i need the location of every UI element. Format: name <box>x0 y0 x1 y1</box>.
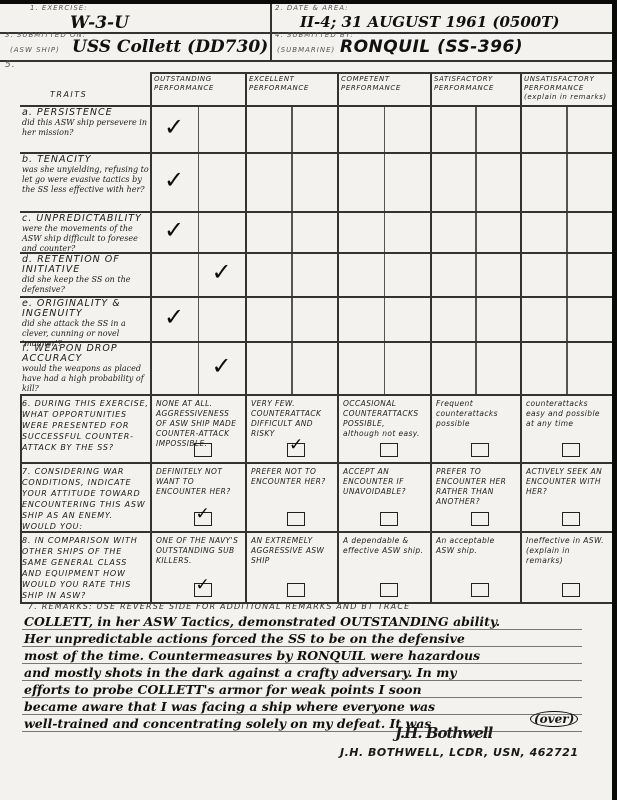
trait-question: were the movements of the ASW ship diffi… <box>22 224 150 254</box>
date-label: 2. DATE & AREA: <box>275 4 349 12</box>
option-col-line <box>430 394 432 462</box>
column-header-4: SATISFACTORY PERFORMANCE <box>434 75 516 93</box>
option-checkbox[interactable] <box>471 583 489 597</box>
option-text: counterattacks easy and possible at any … <box>526 399 606 429</box>
option-text: ONE OF THE NAVY'S OUTSTANDING SUB KILLER… <box>156 536 239 566</box>
trait-title: e. ORIGINALITY & INGENUITY <box>22 299 150 319</box>
option-checkbox[interactable] <box>562 583 580 597</box>
option-col-line <box>430 531 432 602</box>
grid-col-line <box>245 72 247 394</box>
option-col-line <box>520 462 522 531</box>
option-checkbox[interactable] <box>562 443 580 457</box>
remarks-line: Her unpredictable actions forced the SS … <box>24 631 465 646</box>
question-row-line <box>20 462 612 464</box>
option-checkbox[interactable]: ✓ <box>287 443 305 457</box>
option-col-line <box>245 394 247 462</box>
trait-title: f. WEAPON DROP ACCURACY <box>22 344 150 364</box>
submitted-on-value: USS Collett (DD730) <box>72 37 268 57</box>
exercise-label: 1. EXERCISE: <box>30 4 88 12</box>
grid-col-line <box>520 72 522 394</box>
option-col-line <box>150 531 152 602</box>
grid-subcol-line <box>475 105 477 394</box>
option-checkbox[interactable] <box>562 512 580 526</box>
option-text: NONE AT ALL. AGGRESSIVENESS OF ASW SHIP … <box>156 399 239 449</box>
option-col-line <box>245 462 247 531</box>
option-checkbox[interactable] <box>471 443 489 457</box>
question-row-line <box>20 394 612 396</box>
option-col-line <box>245 531 247 602</box>
column-header-1: OUTSTANDING PERFORMANCE <box>154 75 241 93</box>
question-text: 7. CONSIDERING WAR CONDITIONS, INDICATE … <box>22 466 150 532</box>
trait-label: c. UNPREDICTABILITYwere the movements of… <box>22 214 150 254</box>
question-text: 8. IN COMPARISON WITH OTHER SHIPS OF THE… <box>22 535 150 601</box>
evaluation-form: 1. EXERCISE: W-3-U 2. DATE & AREA: II-4;… <box>0 4 612 800</box>
traits-header: TRAITS <box>50 90 87 99</box>
grid-col-line <box>337 72 339 394</box>
option-col-line <box>337 531 339 602</box>
remarks-rule-line <box>22 663 582 664</box>
option-text: OCCASIONAL COUNTERATTACKS POSSIBLE, alth… <box>343 399 424 439</box>
option-col-line <box>520 531 522 602</box>
option-checkbox[interactable] <box>194 443 212 457</box>
check-mark-icon[interactable]: ✓ <box>164 115 184 139</box>
trait-label: d. RETENTION OF INITIATIVEdid she keep t… <box>22 255 150 295</box>
option-checkbox[interactable] <box>380 443 398 457</box>
remarks-line: efforts to probe COLLETT's armor for wea… <box>24 682 422 697</box>
exercise-value: W-3-U <box>70 13 129 33</box>
check-mark-icon: ✓ <box>196 575 210 595</box>
grid-row-line <box>20 152 612 154</box>
trait-title: d. RETENTION OF INITIATIVE <box>22 255 150 275</box>
remarks-line: COLLETT, in her ASW Tactics, demonstrate… <box>24 614 500 629</box>
option-checkbox[interactable] <box>471 512 489 526</box>
trait-question: would the weapons as placed have had a h… <box>22 364 150 394</box>
signature: J.H. Bothwell <box>395 724 492 742</box>
submitted-on-prefix: (ASW SHIP) <box>10 46 60 54</box>
remarks-line: most of the time. Countermeasures by RON… <box>24 648 480 663</box>
option-text: ACTIVELY SEEK AN ENCOUNTER WITH HER? <box>526 467 606 497</box>
submitted-by-value: RONQUIL (SS-396) <box>340 37 523 57</box>
grid-col-line <box>150 72 152 394</box>
column-header-3: COMPETENT PERFORMANCE <box>341 75 426 93</box>
option-checkbox[interactable] <box>380 583 398 597</box>
check-mark-icon[interactable]: ✓ <box>212 260 232 284</box>
grid-subcol-line <box>198 105 200 394</box>
trait-label: a. PERSISTENCEdid this ASW ship persever… <box>22 108 150 138</box>
option-text: A dependable & effective ASW ship. <box>343 536 424 556</box>
date-value: II-4; 31 AUGUST 1961 (0500T) <box>300 13 559 31</box>
over-note: (over) <box>530 711 578 727</box>
option-col-line <box>150 462 152 531</box>
option-text: VERY FEW. COUNTERATTACK DIFFICULT AND RI… <box>251 399 331 439</box>
remarks-line: well-trained and concentrating solely on… <box>24 716 431 731</box>
option-checkbox[interactable] <box>287 512 305 526</box>
header-rule-2 <box>0 60 612 62</box>
option-text: Frequent counterattacks possible <box>436 399 514 429</box>
option-checkbox[interactable]: ✓ <box>194 512 212 526</box>
grid-subcol-line <box>566 105 568 394</box>
remarks-line: and mostly shots in the dark against a c… <box>24 665 457 680</box>
trait-label: b. TENACITYwas she unyielding, refusing … <box>22 155 150 195</box>
check-mark-icon[interactable]: ✓ <box>164 218 184 242</box>
option-text: Ineffective in ASW. (explain in remarks) <box>526 536 606 566</box>
option-col-line <box>337 394 339 462</box>
option-col-line <box>150 394 152 462</box>
remarks-rule-line <box>22 646 582 647</box>
option-checkbox[interactable] <box>287 583 305 597</box>
option-text: ACCEPT AN ENCOUNTER IF UNAVOIDABLE? <box>343 467 424 497</box>
option-text: An acceptable ASW ship. <box>436 536 514 556</box>
check-mark-icon: ✓ <box>196 504 210 524</box>
option-text: PREFER TO ENCOUNTER HER RATHER THAN ANOT… <box>436 467 514 507</box>
trait-label: e. ORIGINALITY & INGENUITYdid she attack… <box>22 299 150 349</box>
remarks-header: 7. REMARKS: USE REVERSE SIDE FOR ADDITIO… <box>28 602 410 611</box>
section-number: 5. <box>5 60 16 70</box>
signer-name: J.H. BOTHWELL, LCDR, USN, 462721 <box>340 746 579 759</box>
trait-title: a. PERSISTENCE <box>22 108 150 118</box>
option-col-line <box>430 462 432 531</box>
trait-question: was she unyielding, refusing to let go w… <box>22 165 150 195</box>
question-text: 6. DURING THIS EXERCISE, WHAT OPPORTUNIT… <box>22 398 150 453</box>
remarks-rule-line <box>22 714 582 715</box>
trait-title: c. UNPREDICTABILITY <box>22 214 150 224</box>
option-col-line <box>337 462 339 531</box>
trait-question: did she keep the SS on the defensive? <box>22 275 150 295</box>
grid-subcol-line <box>384 105 386 394</box>
trait-label: f. WEAPON DROP ACCURACYwould the weapons… <box>22 344 150 394</box>
option-text: AN EXTREMELY AGGRESSIVE ASW SHIP <box>251 536 331 566</box>
column-header-2: EXCELLENT PERFORMANCE <box>249 75 333 93</box>
remarks-line: became aware that I was facing a ship wh… <box>24 699 435 714</box>
submitted-by-prefix: (SUBMARINE) <box>277 46 335 54</box>
check-mark-icon[interactable]: ✓ <box>164 305 184 329</box>
remarks-rule-line <box>22 629 582 630</box>
trait-question: did this ASW ship persevere in her missi… <box>22 118 150 138</box>
check-mark-icon[interactable]: ✓ <box>212 354 232 378</box>
remarks-rule-line <box>22 731 582 732</box>
remarks-rule-line <box>22 697 582 698</box>
trait-title: b. TENACITY <box>22 155 150 165</box>
check-mark-icon: ✓ <box>289 435 303 455</box>
remarks-rule-line <box>22 680 582 681</box>
option-checkbox[interactable] <box>380 512 398 526</box>
option-checkbox[interactable]: ✓ <box>194 583 212 597</box>
option-text: PREFER NOT TO ENCOUNTER HER? <box>251 467 331 487</box>
grid-subcol-line <box>291 105 293 394</box>
option-text: DEFINITELY NOT WANT TO ENCOUNTER HER? <box>156 467 239 497</box>
grid-col-line <box>430 72 432 394</box>
check-mark-icon[interactable]: ✓ <box>164 168 184 192</box>
column-header-5: UNSATISFACTORY PERFORMANCE (explain in r… <box>524 75 608 102</box>
grid-top-line <box>150 72 612 74</box>
option-col-line <box>520 394 522 462</box>
